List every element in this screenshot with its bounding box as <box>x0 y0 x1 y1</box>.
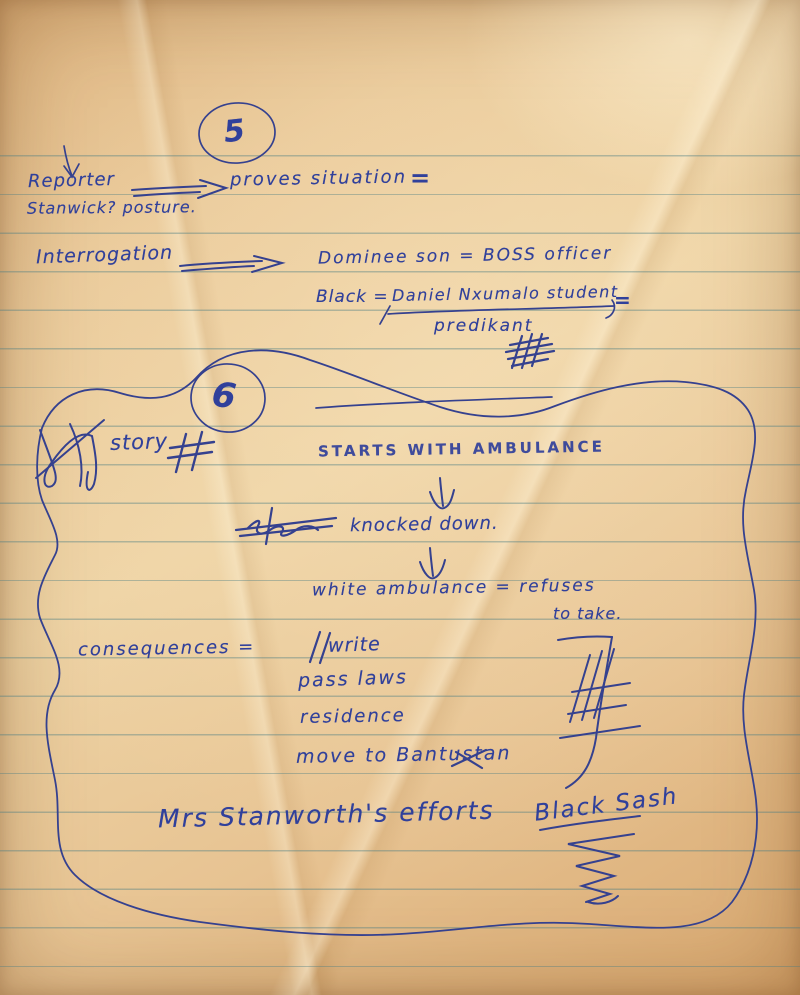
knocked-down-text: knocked down. <box>350 513 499 537</box>
story-label: story <box>110 429 169 455</box>
interrogation-label: Interrogation <box>36 242 174 269</box>
ink-strokes-layer <box>0 0 800 995</box>
residence-text: residence <box>300 705 406 728</box>
down-arrow-icon-1 <box>430 478 454 508</box>
move-bantustan-text: move to Bantustan <box>296 742 512 768</box>
equals-sign: = <box>410 164 431 192</box>
scribble-before-story <box>36 420 104 490</box>
starts-with-ambulance-text: STARTS WITH AMBULANCE <box>318 437 605 460</box>
right-arrow-icon-reporter <box>132 180 226 198</box>
to-take-text: to take. <box>553 604 622 623</box>
black-label: Black = <box>316 287 389 307</box>
nxumalo-student-text: Daniel Nxumalo student <box>392 282 619 305</box>
dash-after-6 <box>316 397 552 408</box>
pass-laws-text: pass laws <box>298 666 409 692</box>
predikant-text: predikant <box>434 316 533 336</box>
black-sash-scribble <box>540 816 640 904</box>
proves-situation-text: proves situation <box>230 166 407 190</box>
hash-mark-story <box>168 432 214 472</box>
dominee-boss-text: Dominee son = BOSS officer <box>318 243 613 268</box>
section-6-number: 6 <box>209 374 239 417</box>
white-ambulance-text: white ambulance = refuses <box>312 576 596 601</box>
black-sash-text: Black Sash <box>533 783 680 826</box>
down-arrow-icon-2 <box>420 548 445 578</box>
stanwick-posture-text: Stanwick? posture. <box>27 197 197 217</box>
stanworth-efforts-text: Mrs Stanworth's efforts <box>158 796 495 834</box>
right-arrow-icon-interrogation <box>180 256 282 272</box>
hatch-scribble-predikant <box>506 334 554 368</box>
nxumalo-equals-sign: = <box>614 288 632 312</box>
write-text: write <box>328 633 382 657</box>
crossed-out-word <box>236 508 336 544</box>
reporter-label: Reporter <box>28 169 115 192</box>
section-5-number: 5 <box>222 113 247 150</box>
notebook-page: 5 Reporter proves situation = Stanwick? … <box>0 0 800 995</box>
tally-bracket <box>558 636 640 788</box>
consequences-label: consequences = <box>78 636 256 660</box>
